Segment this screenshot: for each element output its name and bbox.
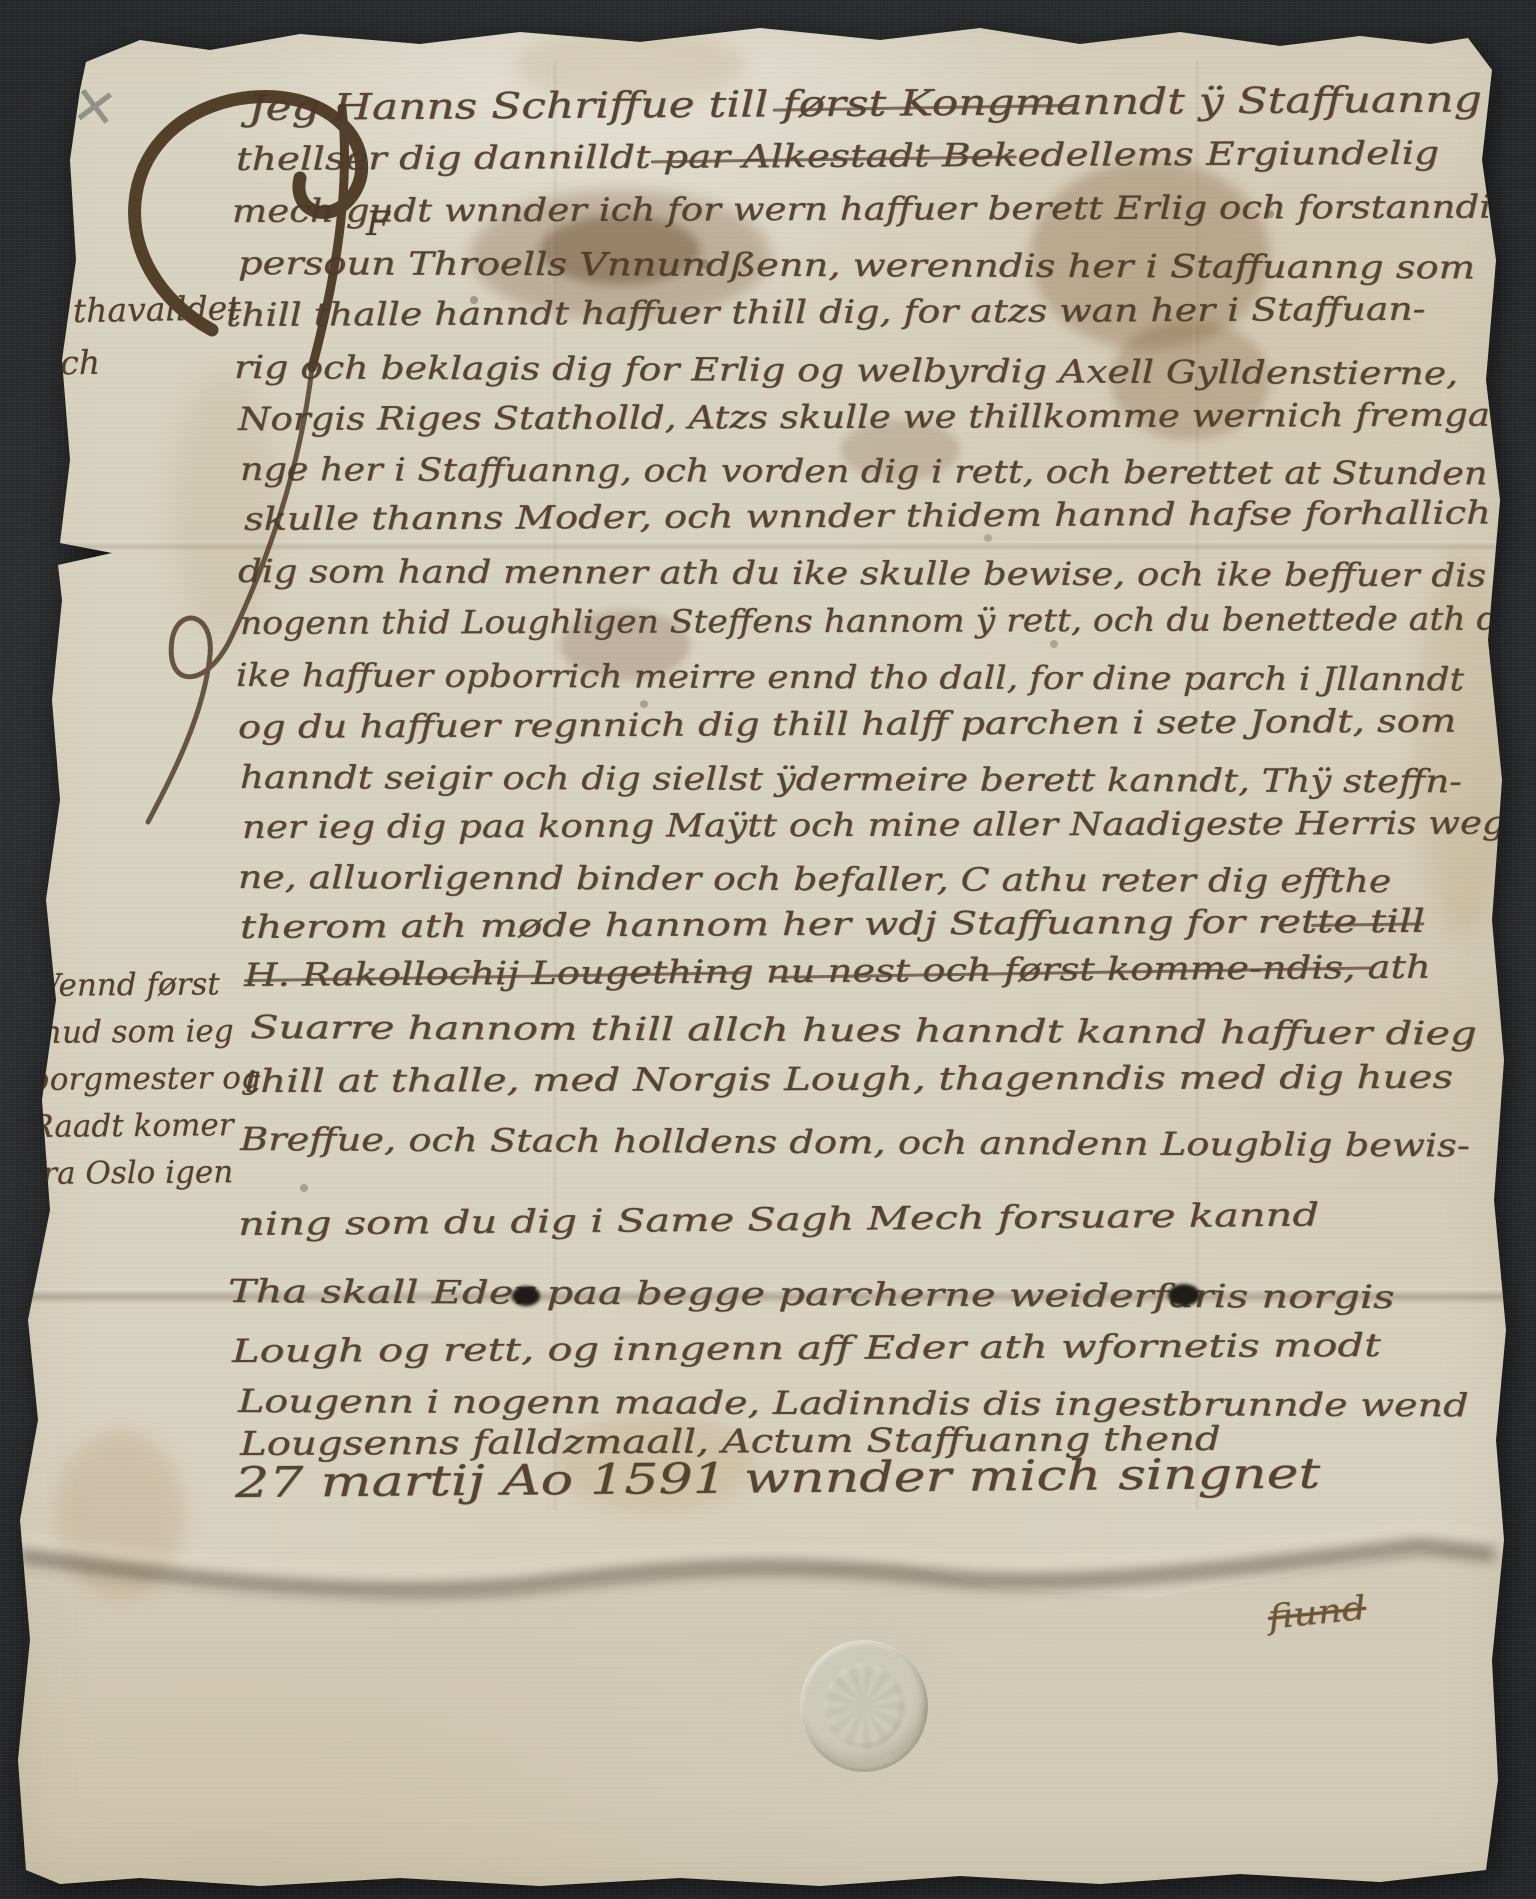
margin-note-line: Wennd først [29, 961, 260, 1010]
handwritten-line: Breffue, och Stach holldens dom, och ann… [240, 1120, 1470, 1164]
margin-note-upper: F thavalldetoch [39, 282, 242, 389]
archive-background: ✕ F F thavalldetoch Wennd førstthud som … [0, 0, 1536, 1899]
letter-sheet-wrap: ✕ F F thavalldetoch Wennd førstthud som … [0, 0, 1536, 1899]
handwritten-line: therom ath møde hannom her wdj Staffuann… [240, 902, 1425, 946]
handwritten-line: Suarre hannom thill allch hues hanndt ka… [250, 1008, 1477, 1052]
handwritten-line: thellser dig dannilldt par Alkestadt Bek… [236, 134, 1439, 178]
margin-note-line: fra Oslo igen [31, 1149, 262, 1198]
handwritten-line: persoun Throells Vnnundßenn, werenndis h… [238, 244, 1475, 286]
handwritten-line: thill at thalle, med Norgis Lough, thage… [244, 1058, 1453, 1100]
handwritten-line: ning som du dig i Same Sagh Mech forsuar… [238, 1196, 1319, 1243]
margin-note-line: thud som ieg [29, 1008, 260, 1057]
embossed-seal [762, 1612, 962, 1812]
ink-hole [512, 1286, 540, 1306]
handwritten-line: Lough og rett, og inngenn aff Eder ath w… [232, 1326, 1381, 1370]
margin-note-line: och [40, 334, 242, 389]
handwritten-line: H. Rakollochij Lougething nu nest och fø… [244, 948, 1431, 994]
handwritten-line: Jeg Hanns Schriffue till først Kongmannd… [248, 79, 1482, 129]
handwritten-line: ner ieg dig paa konng Maÿtt och mine all… [242, 804, 1518, 846]
handwritten-line: nge her i Staffuanng, och vorden dig i r… [240, 450, 1488, 492]
handwritten-line: Tha skall Eder paa begge parcherne weide… [228, 1272, 1395, 1316]
handwritten-line: og du haffuer regnnich dig thill halff p… [238, 702, 1456, 746]
handwritten-line: mech gudt wnnder ich for wern haffuer be… [232, 188, 1515, 230]
handwritten-line: Lougenn i nogenn maade, Ladinndis dis in… [238, 1382, 1469, 1424]
letter-sheet: ✕ F F thavalldetoch Wennd førstthud som … [0, 0, 1536, 1899]
margin-note-lower: Wennd førstthud som iegborgmester ogRaad… [29, 961, 262, 1198]
handwritten-line: skulle thanns Moder, och wnnder thidem h… [244, 493, 1491, 538]
seal-crest [824, 1664, 904, 1748]
handwritten-line: thill thalle hanndt haffuer thill dig, f… [226, 290, 1426, 334]
handwritten-line: hanndt seigir och dig siellst ÿdermeire … [240, 758, 1462, 800]
margin-note-line: F thavalldet [39, 282, 241, 337]
handwritten-line: Norgis Riges Statholld, Atzs skulle we t… [238, 396, 1503, 438]
handwritten-line: rig och beklagis dig for Erlig og welbyr… [234, 348, 1458, 392]
margin-note-line: Raadt komer [30, 1102, 261, 1151]
handwritten-line: ne, alluorligennd binder och befaller, C… [238, 858, 1391, 900]
ink-hole [1168, 1284, 1200, 1306]
margin-note-line: borgmester og [30, 1055, 261, 1104]
ink-spatter [0, 0, 4, 4]
handwritten-line: ike haffuer opborrich meirre ennd tho da… [236, 656, 1464, 698]
handwritten-line: dig som hand menner ath du ike skulle be… [238, 552, 1486, 594]
handwritten-line: nogenn thid Loughligen Steffens hannom ÿ… [240, 600, 1521, 642]
